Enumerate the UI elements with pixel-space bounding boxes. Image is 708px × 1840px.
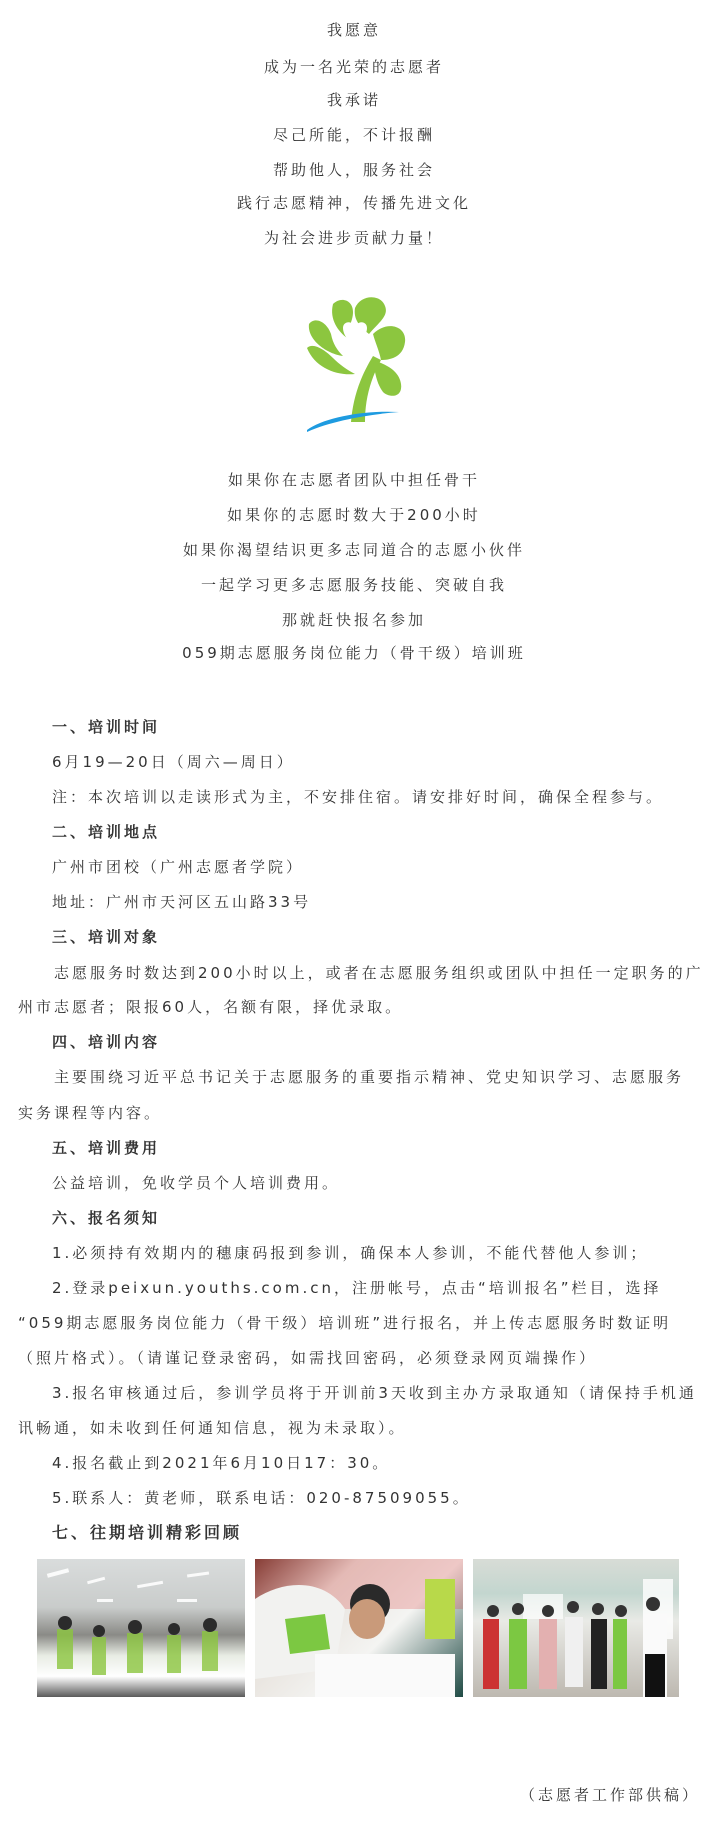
registration-item-4: 4.报名截止到2021年6月10日17：30。	[52, 1453, 390, 1473]
invite-line: 那就赶快报名参加	[0, 610, 708, 630]
section-heading-location: 二、培训地点	[52, 822, 160, 842]
registration-item-2: 2.登录peixun.youths.com.cn，注册帐号，点击“培训报名”栏目…	[52, 1278, 662, 1298]
pledge-line: 践行志愿精神，传播先进文化	[0, 193, 708, 213]
registration-item-2-cont: （照片格式）。（请谨记登录密码，如需找回密码，必须登录网页端操作）	[18, 1348, 597, 1368]
pledge-line: 为社会进步贡献力量！	[0, 228, 708, 248]
registration-item-3-cont: 讯畅通，如未收到任何通知信息，视为未录取）。	[18, 1418, 407, 1438]
training-address: 地址：广州市天河区五山路33号	[52, 892, 311, 912]
training-place: 广州市团校（广州志愿者学院）	[52, 857, 304, 877]
section-heading-registration: 六、报名须知	[52, 1208, 160, 1228]
section-heading-content: 四、培训内容	[52, 1032, 160, 1052]
section-heading-review: 七、往期培训精彩回顾	[52, 1523, 242, 1543]
invite-line: 如果你在志愿者团队中担任骨干	[0, 470, 708, 490]
section-heading-time: 一、培训时间	[52, 717, 160, 737]
fee-text: 公益培训，免收学员个人培训费用。	[52, 1173, 340, 1193]
training-note: 注：本次培训以走读形式为主，不安排住宿。请安排好时间，确保全程参与。	[52, 787, 664, 807]
registration-item-1: 1.必须持有效期内的穗康码报到参训，确保本人参训，不能代替他人参训；	[52, 1243, 648, 1263]
registration-item-2-cont: “059期志愿服务岗位能力（骨干级）培训班”进行报名，并上传志愿服务时数证明	[18, 1313, 671, 1333]
section-heading-fee: 五、培训费用	[52, 1138, 160, 1158]
invite-line: 如果你渴望结识更多志同道合的志愿小伙伴	[0, 540, 708, 560]
content-text-cont: 实务课程等内容。	[18, 1103, 162, 1123]
pledge-line: 帮助他人，服务社会	[0, 160, 708, 180]
invite-line: 059期志愿服务岗位能力（骨干级）培训班	[0, 643, 708, 663]
pledge-line: 尽己所能，不计报酬	[0, 125, 708, 145]
article-credit: （志愿者工作部供稿）	[520, 1785, 700, 1805]
volunteer-logo-icon	[303, 294, 413, 434]
audience-text: 志愿服务时数达到200小时以上，或者在志愿服务组织或团队中担任一定职务的广	[54, 963, 704, 983]
photo-exhibition-visit	[473, 1559, 679, 1697]
pledge-line: 成为一名光荣的志愿者	[0, 57, 708, 77]
pledge-line: 我愿意	[0, 20, 708, 40]
training-date: 6月19—20日（周六—周日）	[52, 752, 295, 772]
pledge-line: 我承诺	[0, 90, 708, 110]
photo-oath-ceremony	[37, 1559, 245, 1697]
section-heading-audience: 三、培训对象	[52, 927, 160, 947]
photo-signing-banner	[255, 1559, 463, 1697]
registration-item-3: 3.报名审核通过后，参训学员将于开训前3天收到主办方录取通知（请保持手机通	[52, 1383, 697, 1403]
invite-line: 一起学习更多志愿服务技能、突破自我	[0, 575, 708, 595]
audience-text-cont: 州市志愿者；限报60人，名额有限，择优录取。	[18, 997, 403, 1017]
registration-item-5: 5.联系人：黄老师，联系电话：020-87509055。	[52, 1488, 471, 1508]
invite-line: 如果你的志愿时数大于200小时	[0, 505, 708, 525]
content-text: 主要围绕习近平总书记关于志愿服务的重要指示精神、党史知识学习、志愿服务	[54, 1067, 684, 1087]
